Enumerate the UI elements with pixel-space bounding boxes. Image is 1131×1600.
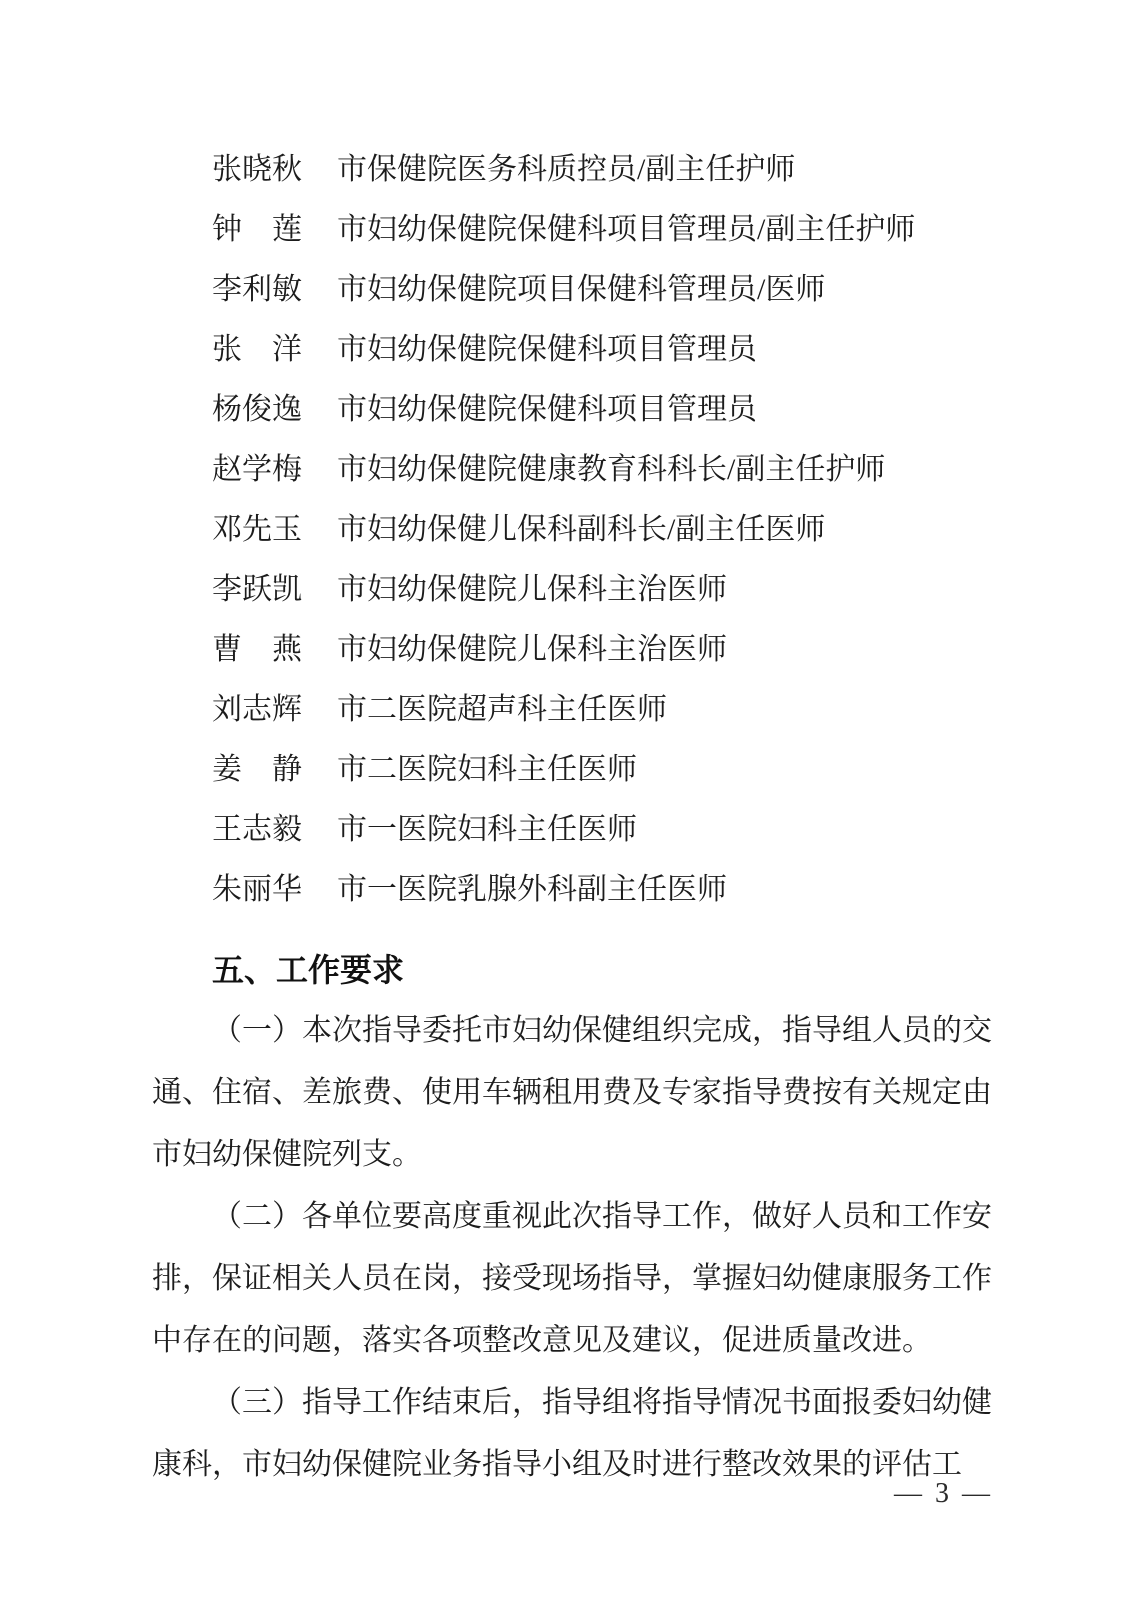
- roster-row: 邓先玉市妇幼保健儿保科副科长/副主任医师: [212, 500, 1131, 560]
- person-name: 邓先玉: [212, 500, 305, 560]
- person-title: 市妇幼保健院儿保科主治医师: [337, 633, 727, 666]
- roster-row: 李跃凯市妇幼保健院儿保科主治医师: [212, 560, 1131, 620]
- person-title: 市一医院乳腺外科副主任医师: [337, 873, 727, 906]
- person-title: 市二医院超声科主任医师: [337, 693, 667, 726]
- person-title: 市妇幼保健儿保科副科长/副主任医师: [337, 513, 825, 546]
- roster-row: 钟 莲市妇幼保健院保健科项目管理员/副主任护师: [212, 200, 1131, 260]
- roster-row: 张 洋市妇幼保健院保健科项目管理员: [212, 320, 1131, 380]
- person-name: 赵学梅: [212, 440, 305, 500]
- person-name: 张 洋: [212, 320, 305, 380]
- person-title: 市妇幼保健院项目保健科管理员/医师: [337, 273, 825, 306]
- paragraphs: （一）本次指导委托市妇幼保健组织完成，指导组人员的交通、住宿、差旅费、使用车辆租…: [152, 1000, 992, 1496]
- document-page: 张晓秋市保健院医务科质控员/副主任护师 钟 莲市妇幼保健院保健科项目管理员/副主…: [0, 0, 1131, 1600]
- person-name: 钟 莲: [212, 200, 305, 260]
- roster-row: 曹 燕市妇幼保健院儿保科主治医师: [212, 620, 1131, 680]
- roster-row: 刘志辉市二医院超声科主任医师: [212, 680, 1131, 740]
- person-name: 王志毅: [212, 800, 305, 860]
- roster-row: 杨俊逸市妇幼保健院保健科项目管理员: [212, 380, 1131, 440]
- roster-row: 姜 静市二医院妇科主任医师: [212, 740, 1131, 800]
- body-paragraph: （三）指导工作结束后，指导组将指导情况书面报委妇幼健康科，市妇幼保健院业务指导小…: [152, 1372, 992, 1496]
- body-paragraph: （一）本次指导委托市妇幼保健组织完成，指导组人员的交通、住宿、差旅费、使用车辆租…: [152, 1000, 992, 1186]
- person-name: 姜 静: [212, 740, 305, 800]
- person-title: 市一医院妇科主任医师: [337, 813, 637, 846]
- person-title: 市二医院妇科主任医师: [337, 753, 637, 786]
- roster-row: 赵学梅市妇幼保健院健康教育科科长/副主任护师: [212, 440, 1131, 500]
- roster: 张晓秋市保健院医务科质控员/副主任护师 钟 莲市妇幼保健院保健科项目管理员/副主…: [0, 0, 1131, 920]
- section-heading: 五、工作要求: [212, 946, 1131, 994]
- person-title: 市妇幼保健院保健科项目管理员/副主任护师: [337, 213, 915, 246]
- person-name: 刘志辉: [212, 680, 305, 740]
- person-name: 曹 燕: [212, 620, 305, 680]
- person-title: 市保健院医务科质控员/副主任护师: [337, 153, 795, 186]
- person-name: 李利敏: [212, 260, 305, 320]
- body-paragraph: （二）各单位要高度重视此次指导工作，做好人员和工作安排，保证相关人员在岗，接受现…: [152, 1186, 992, 1372]
- person-name: 张晓秋: [212, 140, 305, 200]
- roster-row: 朱丽华市一医院乳腺外科副主任医师: [212, 860, 1131, 920]
- person-title: 市妇幼保健院儿保科主治医师: [337, 573, 727, 606]
- person-name: 李跃凯: [212, 560, 305, 620]
- roster-row: 张晓秋市保健院医务科质控员/副主任护师: [212, 140, 1131, 200]
- person-name: 朱丽华: [212, 860, 305, 920]
- person-title: 市妇幼保健院保健科项目管理员: [337, 393, 757, 426]
- person-title: 市妇幼保健院保健科项目管理员: [337, 333, 757, 366]
- roster-row: 李利敏市妇幼保健院项目保健科管理员/医师: [212, 260, 1131, 320]
- page-number: — 3 —: [894, 1478, 993, 1510]
- roster-row: 王志毅市一医院妇科主任医师: [212, 800, 1131, 860]
- person-title: 市妇幼保健院健康教育科科长/副主任护师: [337, 453, 885, 486]
- person-name: 杨俊逸: [212, 380, 305, 440]
